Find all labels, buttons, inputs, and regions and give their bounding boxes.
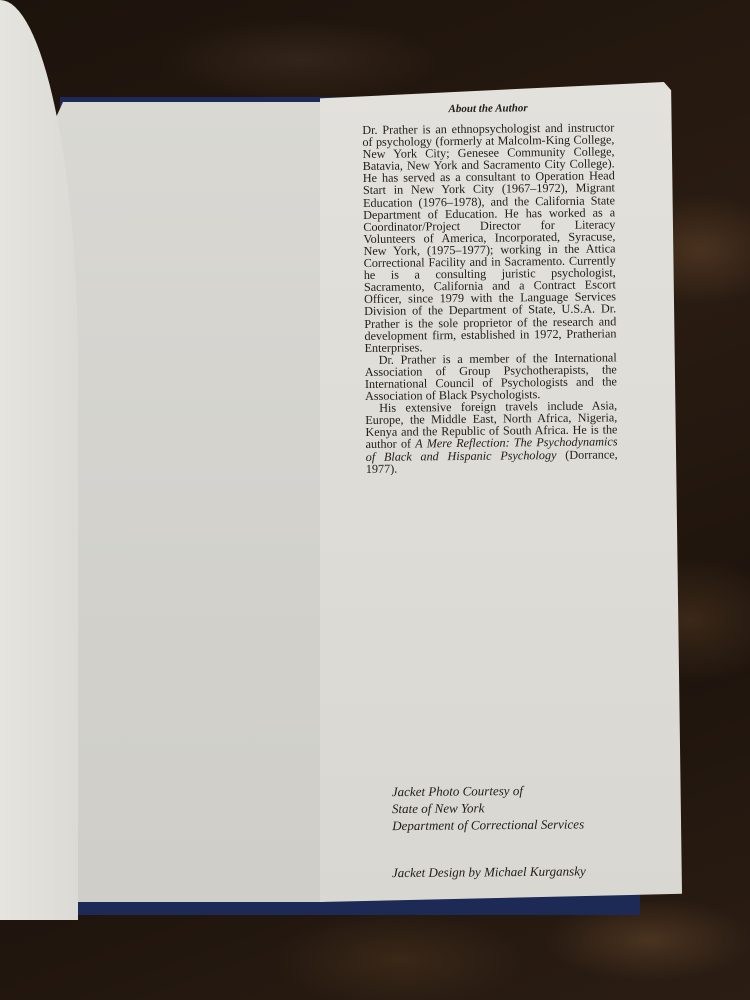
design-credit: Jacket Design by Michael Kurgansky	[392, 863, 652, 881]
bio-paragraph-travels: His extensive foreign travels include As…	[365, 400, 618, 475]
bio-paragraph: Dr. Prather is an ethnopsychologist and …	[362, 121, 616, 353]
bio-paragraph: Dr. Prather is a member of the Internati…	[365, 351, 617, 402]
author-bio: Dr. Prather is an ethnopsychologist and …	[362, 121, 618, 474]
photo-credit: Jacket Photo Courtesy of State of New Yo…	[392, 781, 652, 834]
jacket-flap: About the Author Dr. Prather is an ethno…	[320, 82, 682, 902]
photo-credit-line: Department of Correctional Services	[392, 815, 652, 834]
section-heading: About the Author	[362, 101, 614, 116]
about-the-author-section: About the Author Dr. Prather is an ethno…	[362, 101, 618, 474]
